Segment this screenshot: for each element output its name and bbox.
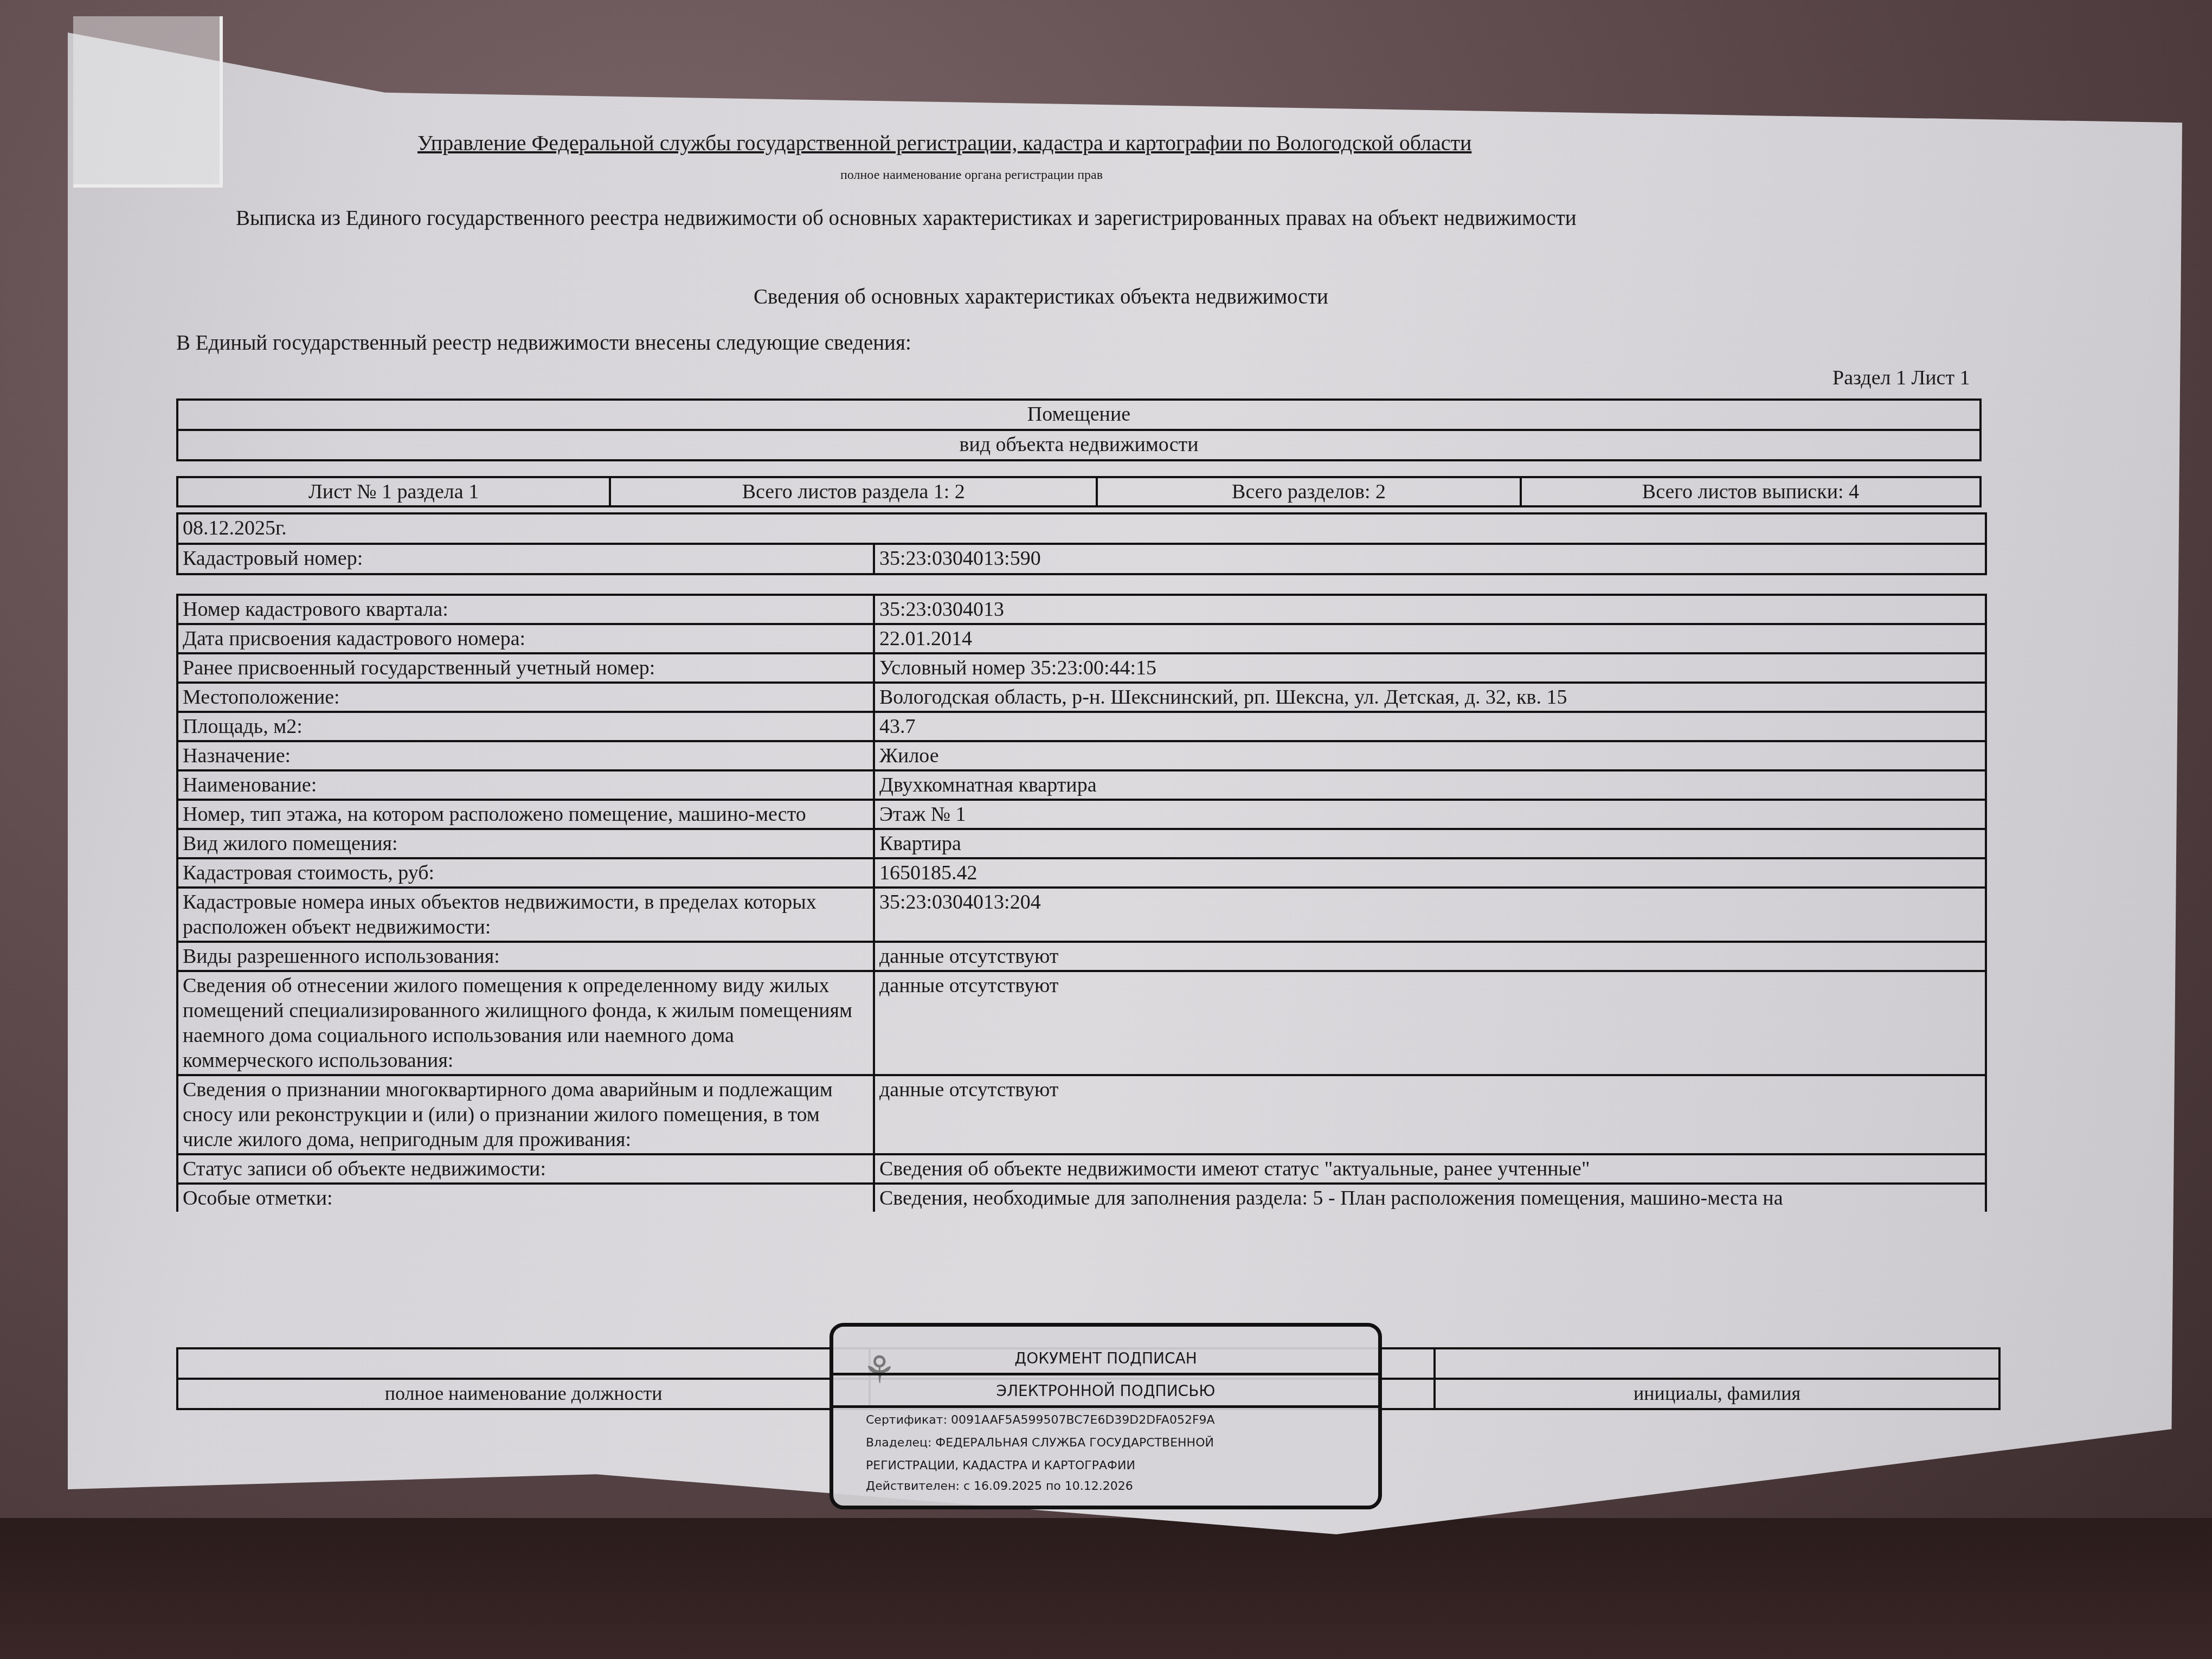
row-label: Наименование: [177, 770, 874, 800]
table-row: Местоположение:Вологодская область, р-н.… [177, 683, 1986, 712]
row-value: Сведения об объекте недвижимости имеют с… [874, 1154, 1986, 1184]
table-row: Кадастровая стоимость, руб:1650185.42 [177, 858, 1986, 888]
section-heading: Сведения об основных характеристиках объ… [754, 285, 1328, 309]
sheet-reference: Раздел 1 Лист 1 [1832, 366, 1970, 390]
stamp-line-electronic: ЭЛЕКТРОННОЙ ПОДПИСЬЮ [833, 1382, 1378, 1400]
stamp-owner-line2: РЕГИСТРАЦИИ, КАДАСТРА И КАРТОГРАФИИ [866, 1459, 1135, 1472]
row-value: данные отсутствуют [874, 942, 1986, 971]
table-row: Вид жилого помещения:Квартира [177, 829, 1986, 858]
object-kind-table: Помещение вид объекта недвижимости [176, 398, 1982, 461]
table-row: Виды разрешенного использования:данные о… [177, 942, 1986, 971]
table-row: Особые отметки:Сведения, необходимые для… [177, 1184, 1986, 1212]
table-row: Сведения об отнесении жилого помещения к… [177, 971, 1986, 1075]
sheet-info-table: Лист № 1 раздела 1 Всего листов раздела … [176, 476, 1982, 507]
extract-date: 08.12.2025г. [177, 513, 1986, 544]
row-value: 22.01.2014 [874, 624, 1986, 653]
row-label: Площадь, м2: [177, 712, 874, 741]
characteristics-table: Номер кадастрового квартала:35:23:030401… [176, 594, 1987, 1212]
row-value: 1650185.42 [874, 858, 1986, 888]
object-kind-caption: вид объекта недвижимости [177, 430, 1980, 460]
table-row: Назначение:Жилое [177, 741, 1986, 770]
cadastral-number-label: Кадастровый номер: [177, 544, 874, 574]
row-value: 35:23:0304013:204 [874, 888, 1986, 942]
row-label: Статус записи об объекте недвижимости: [177, 1154, 874, 1184]
table-row: Сведения о признании многоквартирного до… [177, 1075, 1986, 1154]
section-sheets-total: Всего листов раздела 1: 2 [610, 477, 1097, 506]
row-label: Кадастровая стоимость, руб: [177, 858, 874, 888]
row-value: Двухкомнатная квартира [874, 770, 1986, 800]
position-caption: полное наименование должности [177, 1379, 870, 1409]
electronic-signature-stamp: ⚘ ДОКУМЕНТ ПОДПИСАН ЭЛЕКТРОННОЙ ПОДПИСЬЮ… [829, 1323, 1382, 1509]
row-value: Условный номер 35:23:00:44:15 [874, 653, 1986, 683]
row-value: Жилое [874, 741, 1986, 770]
row-label: Ранее присвоенный государственный учетны… [177, 653, 874, 683]
row-value: данные отсутствуют [874, 1075, 1986, 1154]
table-row: Наименование:Двухкомнатная квартира [177, 770, 1986, 800]
sheet-number: Лист № 1 раздела 1 [177, 477, 610, 506]
row-label: Кадастровые номера иных объектов недвижи… [177, 888, 874, 942]
object-kind-value: Помещение [177, 400, 1980, 430]
stamp-certificate: Сертификат: 0091AAF5A599507BC7E6D39D2DFA… [866, 1413, 1215, 1427]
sections-total: Всего разделов: 2 [1097, 477, 1521, 506]
row-value: Вологодская область, р-н. Шекснинский, р… [874, 683, 1986, 712]
extract-sheets-total: Всего листов выписки: 4 [1521, 477, 1980, 506]
row-label: Сведения об отнесении жилого помещения к… [177, 971, 874, 1075]
stamp-line-signed: ДОКУМЕНТ ПОДПИСАН [833, 1349, 1378, 1367]
row-value: 35:23:0304013 [874, 595, 1986, 624]
row-label: Сведения о признании многоквартирного до… [177, 1075, 874, 1154]
section-intro: В Единый государственный реестр недвижим… [176, 331, 911, 355]
row-label: Дата присвоения кадастрового номера: [177, 624, 874, 653]
row-label: Номер, тип этажа, на котором расположено… [177, 800, 874, 829]
table-row: Статус записи об объекте недвижимости:Св… [177, 1154, 1986, 1184]
table-row: Дата присвоения кадастрового номера:22.0… [177, 624, 1986, 653]
row-value: Сведения, необходимые для заполнения раз… [874, 1184, 1986, 1212]
row-label: Назначение: [177, 741, 874, 770]
registration-authority-caption: полное наименование органа регистрации п… [840, 168, 1103, 183]
folded-corner-binding [73, 16, 223, 188]
table-row: Номер кадастрового квартала:35:23:030401… [177, 595, 1986, 624]
background-surface [0, 1518, 2212, 1659]
table-row: Номер, тип этажа, на котором расположено… [177, 800, 1986, 829]
stamp-validity: Действителен: с 16.09.2025 по 10.12.2026 [866, 1480, 1133, 1493]
row-value: данные отсутствуют [874, 971, 1986, 1075]
date-cadastral-table: 08.12.2025г. Кадастровый номер: 35:23:03… [176, 512, 1987, 575]
row-label: Особые отметки: [177, 1184, 874, 1212]
table-row: Ранее присвоенный государственный учетны… [177, 653, 1986, 683]
row-value: Квартира [874, 829, 1986, 858]
registration-authority-name: Управление Федеральной службы государств… [417, 130, 1471, 156]
name-caption: инициалы, фамилия [1435, 1379, 1999, 1409]
row-label: Виды разрешенного использования: [177, 942, 874, 971]
stamp-rule [833, 1373, 1378, 1375]
row-label: Номер кадастрового квартала: [177, 595, 874, 624]
stamp-owner-line1: Владелец: ФЕДЕРАЛЬНАЯ СЛУЖБА ГОСУДАРСТВЕ… [866, 1436, 1214, 1450]
table-row: Кадастровые номера иных объектов недвижи… [177, 888, 1986, 942]
cadastral-number-value: 35:23:0304013:590 [874, 544, 1986, 574]
row-value: Этаж № 1 [874, 800, 1986, 829]
row-value: 43.7 [874, 712, 1986, 741]
stamp-rule [833, 1405, 1378, 1408]
row-label: Местоположение: [177, 683, 874, 712]
document-title: Выписка из Единого государственного реес… [236, 206, 1577, 230]
row-label: Вид жилого помещения: [177, 829, 874, 858]
table-row: Площадь, м2:43.7 [177, 712, 1986, 741]
